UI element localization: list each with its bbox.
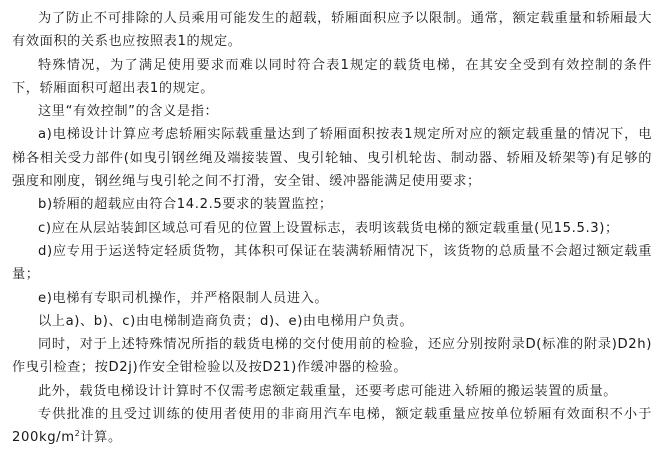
paragraph-car-lift: 专供批准的且受过训练的使用者使用的非商用汽车电梯，额定载重量应按单位轿厢有效面积… (12, 403, 652, 450)
paragraph-overload-limit: 为了防止不可排除的人员乘用可能发生的超载，轿厢面积应予以限制。通常，额定载重量和… (12, 7, 652, 54)
list-item-c: c)应在从层站装卸区域总可看见的位置上设置标志，表明该载货电梯的额定载重量(见1… (12, 217, 652, 240)
document-body: 为了防止不可排除的人员乘用可能发生的超载，轿厢面积应予以限制。通常，额定载重量和… (12, 7, 652, 450)
list-item-a: a)电梯设计计算应考虑轿厢实际载重量达到了轿厢面积按表1规定所对应的额定载重量的… (12, 123, 652, 193)
paragraph-handling-device: 此外，载货电梯设计计算时不仅需考虑额定载重量，还要考虑可能进入轿厢的搬运装置的质… (12, 380, 652, 403)
list-item-d: d)应专用于运送特定轻质货物，其体积可保证在装满轿厢情况下，该货物的总质量不会超… (12, 240, 652, 287)
list-item-b: b)轿厢的超载应由符合14.2.5要求的装置监控； (12, 193, 652, 216)
car-lift-text-end: 计算。 (80, 430, 121, 445)
paragraph-inspection: 同时，对于上述特殊情况所指的载货电梯的交付使用前的检验，还应分别按附录D(标准的… (12, 333, 652, 380)
paragraph-responsibility: 以上a)、b)、c)由电梯制造商负责；d)、e)由电梯用户负责。 (12, 310, 652, 333)
paragraph-effective-control-intro: 这里“有效控制”的含义是指： (12, 100, 652, 123)
paragraph-special-case: 特殊情况，为了满足使用要求而难以同时符合表1规定的载货电梯，在其安全受到有效控制… (12, 54, 652, 101)
list-item-e: e)电梯有专职司机操作，并严格限制人员进入。 (12, 287, 652, 310)
